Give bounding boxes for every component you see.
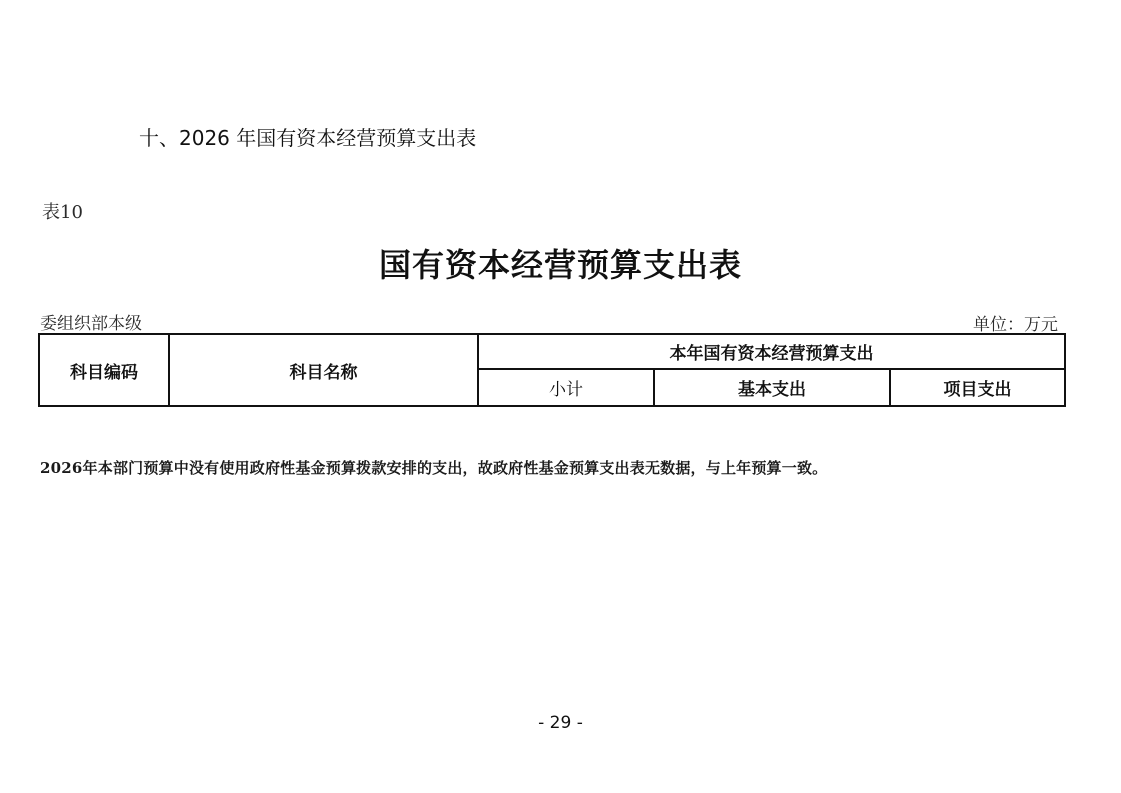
department-name: 委组织部本级: [40, 309, 142, 334]
explanatory-note: 2026年本部门预算中没有使用政府性基金预算拨款安排的支出，故政府性基金预算支出…: [40, 457, 827, 478]
header-subtotal: 小计: [478, 369, 654, 406]
table-number: 表10: [42, 198, 83, 224]
header-project-expenditure: 项目支出: [890, 369, 1065, 406]
unit-label: 单位：万元: [973, 310, 1058, 335]
section-heading: 十、2026 年国有资本经营预算支出表: [139, 122, 476, 151]
header-current-year-expenditure: 本年国有资本经营预算支出: [478, 334, 1065, 369]
table-title: 国有资本经营预算支出表: [0, 240, 1121, 286]
header-basic-expenditure: 基本支出: [654, 369, 890, 406]
header-subject-code: 科目编码: [39, 334, 169, 406]
header-subject-name: 科目名称: [169, 334, 478, 406]
table-header-row: 科目编码 科目名称 本年国有资本经营预算支出: [39, 334, 1065, 369]
page-number: - 29 -: [0, 713, 1121, 733]
budget-table: 科目编码 科目名称 本年国有资本经营预算支出 小计 基本支出 项目支出: [38, 333, 1066, 407]
